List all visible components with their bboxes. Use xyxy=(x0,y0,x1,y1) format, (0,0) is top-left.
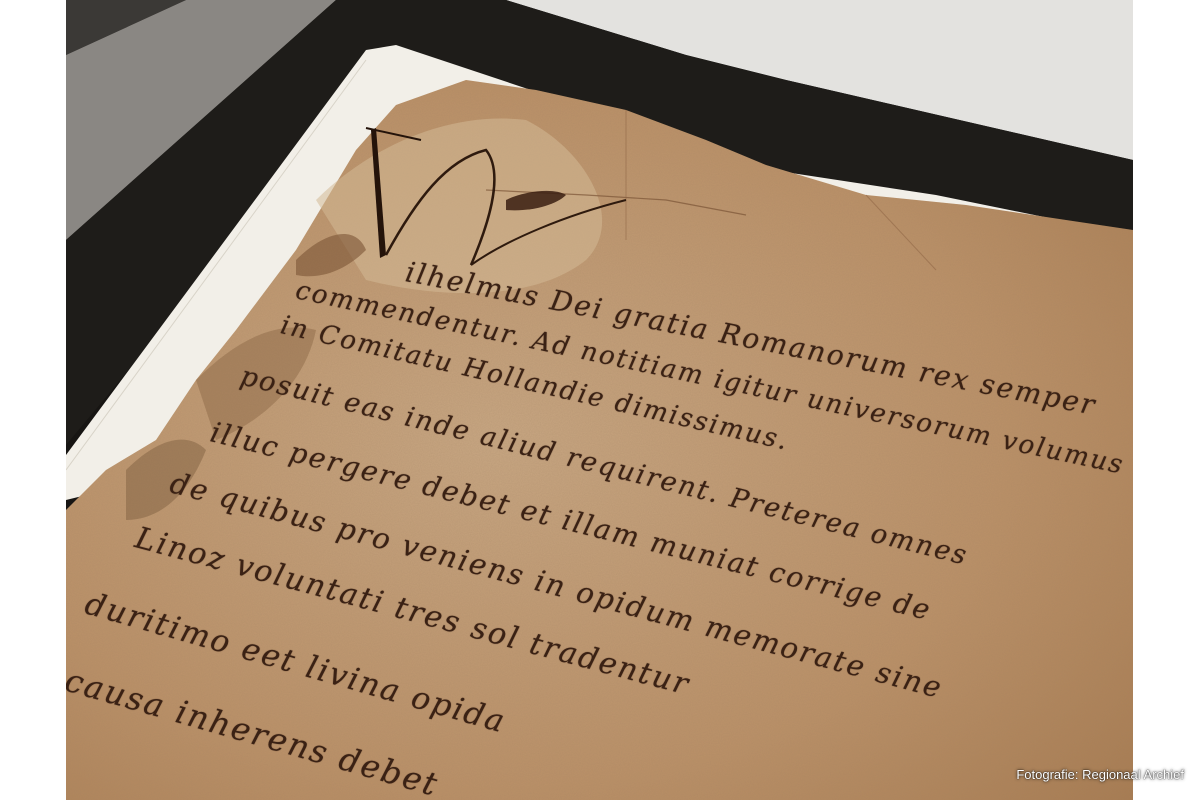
manuscript-text: ilhelmus Dei gratia Romanorum rex semper… xyxy=(66,0,1133,800)
photo-credit-caption: Fotografie: Regionaal Archief xyxy=(1016,767,1184,782)
manuscript-photo: ilhelmus Dei gratia Romanorum rex semper… xyxy=(66,0,1133,800)
